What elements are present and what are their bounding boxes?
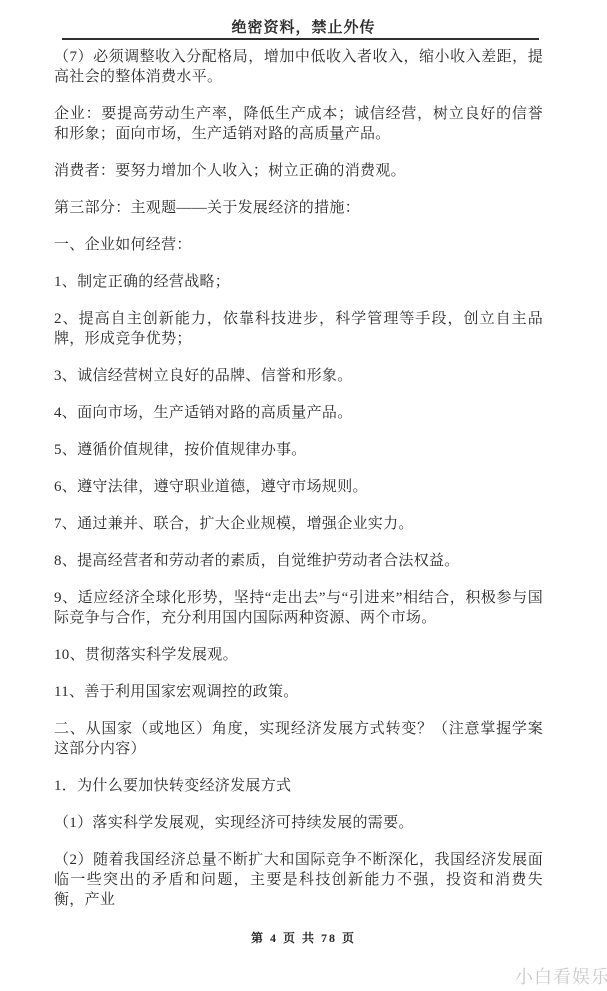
paragraph: 一、企业如何经营： [54,235,543,255]
paragraph: 第三部分：主观题——关于发展经济的措施： [54,198,543,218]
paragraph: （1）落实科学发展观，实现经济可持续发展的需要。 [54,813,543,833]
document-page: 绝密资料，禁止外传 （7）必须调整收入分配格局，增加中低收入者收入，缩小收入差距… [0,0,607,991]
paragraph: 6、遵守法律，遵守职业道德，遵守市场规则。 [54,477,543,497]
paragraph: 4、面向市场，生产适销对路的高质量产品。 [54,403,543,423]
paragraph: 1．为什么要加快转变经济发展方式 [54,776,543,796]
paragraph: 1、制定正确的经营战略； [54,272,543,292]
header-divider [62,38,539,40]
page-header: 绝密资料，禁止外传 [0,16,607,37]
paragraph: 二、从国家（或地区）角度，实现经济发展方式转变？（注意掌握学案这部分内容） [54,719,543,759]
paragraph: 消费者：要努力增加个人收入；树立正确的消费观。 [54,161,543,181]
paragraph: 3、诚信经营树立良好的品牌、信誉和形象。 [54,366,543,386]
paragraph: （2）随着我国经济总量不断扩大和国际竞争不断深化，我国经济发展面临一些突出的矛盾… [54,850,543,910]
paragraph: 9、适应经济全球化形势，坚持“走出去”与“引进来”相结合，积极参与国际竞争与合作… [54,588,543,628]
paragraph: （7）必须调整收入分配格局，增加中低收入者收入，缩小收入差距，提高社会的整体消费… [54,47,543,87]
page-number: 第 4 页 共 78 页 [0,929,607,946]
paragraph: 11、善于利用国家宏观调控的政策。 [54,682,543,702]
paragraph: 7、通过兼并、联合，扩大企业规模，增强企业实力。 [54,514,543,534]
header-title: 绝密资料，禁止外传 [231,20,375,36]
paragraph: 8、提高经营者和劳动者的素质，自觉维护劳动者合法权益。 [54,551,543,571]
paragraph: 2、提高自主创新能力，依靠科技进步，科学管理等手段，创立自主品牌，形成竞争优势； [54,309,543,349]
watermark: 小白看娱乐 [515,963,607,989]
document-body: （7）必须调整收入分配格局，增加中低收入者收入，缩小收入差距，提高社会的整体消费… [54,47,543,927]
paragraph: 企业：要提高劳动生产率，降低生产成本；诚信经营，树立良好的信誉和形象；面向市场，… [54,104,543,144]
paragraph: 5、遵循价值规律，按价值规律办事。 [54,440,543,460]
paragraph: 10、贯彻落实科学发展观。 [54,645,543,665]
